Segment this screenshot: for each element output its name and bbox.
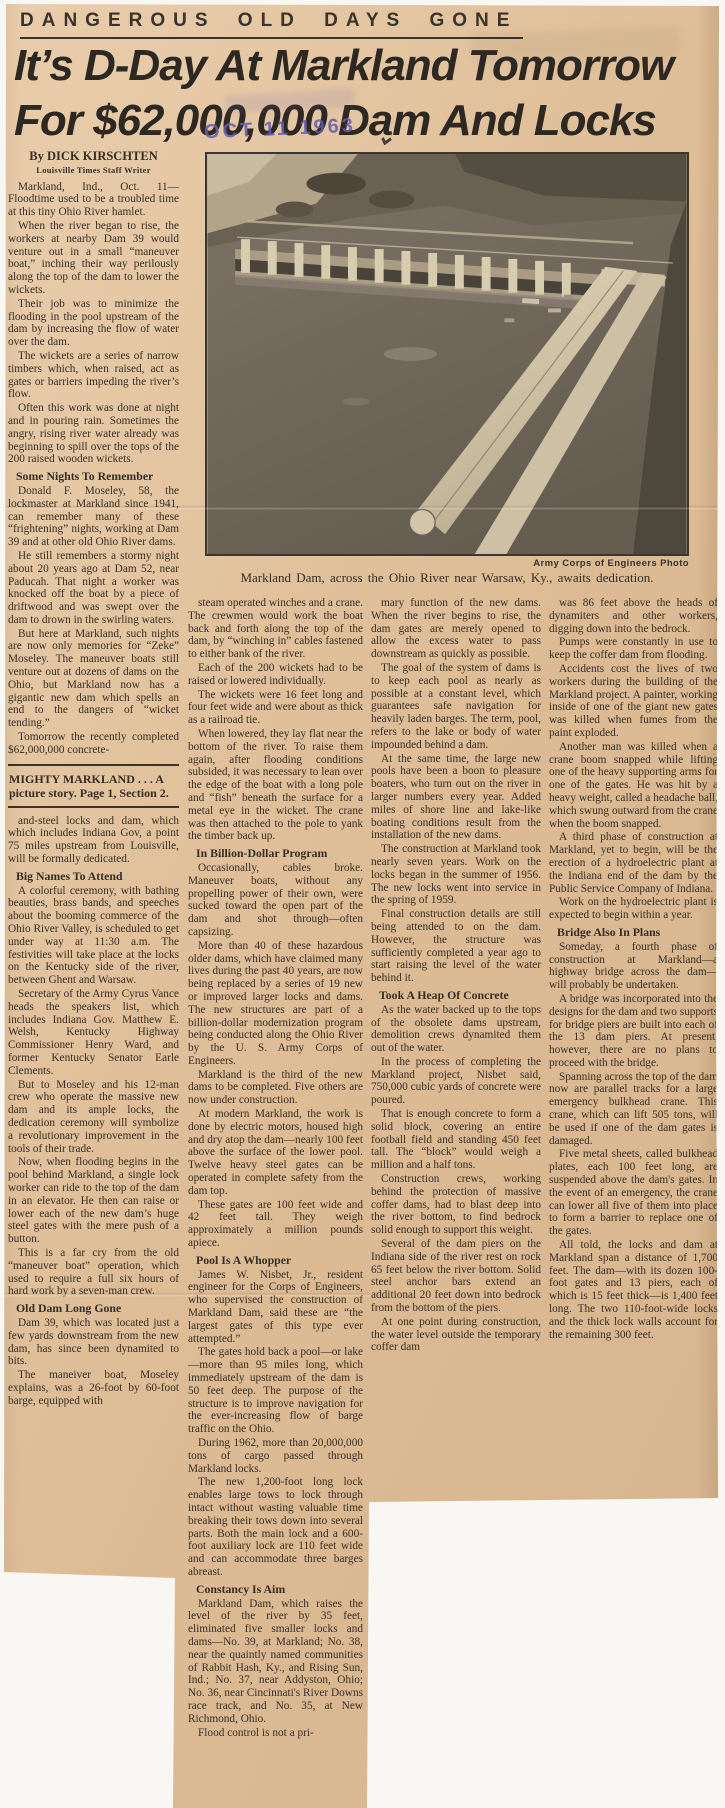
article-paragraph: Secretary of the Army Cyrus Vance heads … — [8, 988, 179, 1078]
picture-story-notice: MIGHTY MARKLAND . . . A picture story. P… — [8, 764, 179, 808]
article-paragraph: But to Moseley and his 12-man crew who o… — [8, 1079, 179, 1156]
byline-author: By DICK KIRSCHTEN — [8, 150, 179, 163]
article-paragraph: steam operated winches and a crane. The … — [188, 597, 363, 661]
article-paragraph: But here at Markland, such nights are no… — [8, 628, 179, 730]
section-subhead: Big Names To Attend — [16, 870, 179, 883]
headline-line-2: For $62,000,000 Dam And Locks — [14, 93, 720, 148]
section-subhead: Constancy Is Aim — [196, 1583, 363, 1596]
article-paragraph: At modern Markland, the work is done by … — [188, 1108, 363, 1198]
article-paragraph: As the water backed up to the tops of th… — [371, 1004, 541, 1055]
article-paragraph: Five metal sheets, called bulkhead plate… — [549, 1148, 718, 1238]
photo-credit: Army Corps of Engineers Photo — [205, 558, 689, 569]
article-paragraph: Final construction details are still bei… — [371, 908, 541, 985]
article-paragraph: Markland is the third of the new dams to… — [188, 1069, 363, 1107]
article-column-4: was 86 feet above the heads of dynamiter… — [549, 597, 718, 1497]
column-3-text: mary function of the new dams. When the … — [371, 597, 541, 1354]
article-paragraph: Pumps were constantly in use to keep the… — [549, 636, 718, 662]
article-paragraph: Accidents cost the lives of two workers … — [549, 663, 718, 740]
article-paragraph: Their job was to minimize the flooding i… — [8, 298, 179, 349]
column-4-text: was 86 feet above the heads of dynamiter… — [549, 597, 718, 1341]
article-paragraph: Construction crews, working behind the p… — [371, 1173, 541, 1237]
article-paragraph: That is enough concrete to form a solid … — [371, 1108, 541, 1172]
article-paragraph: More than 40 of these hazardous older da… — [188, 940, 363, 1068]
article-figure: Army Corps of Engineers Photo Markland D… — [205, 152, 689, 586]
article-photo — [205, 152, 689, 556]
section-subhead: Took A Heap Of Concrete — [379, 989, 541, 1002]
article-column-2: steam operated winches and a crane. The … — [188, 597, 363, 1805]
article-paragraph: He still remembers a stormy night about … — [8, 550, 179, 627]
article-paragraph: Work on the hydroelectric plant is expec… — [549, 896, 718, 922]
article-paragraph: The wickets are a series of narrow timbe… — [8, 350, 179, 401]
article-paragraph: Flood control is not a pri- — [188, 1727, 363, 1740]
article-paragraph: Markland, Ind., Oct. 11—Floodtime used t… — [8, 181, 179, 219]
article-paragraph: The new 1,200-foot long lock enables lar… — [188, 1476, 363, 1578]
article-paragraph: During 1962, more than 20,000,000 tons o… — [188, 1437, 363, 1475]
section-subhead: Some Nights To Remember — [16, 470, 179, 483]
article-column-1: By DICK KIRSCHTEN Louisville Times Staff… — [8, 150, 179, 1574]
section-subhead: In Billion-Dollar Program — [196, 847, 363, 860]
article-paragraph: When the river began to rise, the worker… — [8, 220, 179, 297]
headline: It’s D-Day At Markland Tomorrow For $62,… — [14, 38, 720, 148]
article-paragraph: mary function of the new dams. When the … — [371, 597, 541, 661]
article-paragraph: These gates are 100 feet wide and 42 fee… — [188, 1199, 363, 1250]
article-paragraph: In the process of completing the Marklan… — [371, 1056, 541, 1107]
article-paragraph: Now, when flooding begins in the pool be… — [8, 1156, 179, 1246]
article-paragraph: The goal of the system of dams is to kee… — [371, 662, 541, 752]
article-paragraph: The construction at Markland took nearly… — [371, 843, 541, 907]
article-paragraph: At the same time, the large new pools ha… — [371, 753, 541, 843]
article-paragraph: Spanning across the top of the dam now a… — [549, 1071, 718, 1148]
article-paragraph: The maneiver boat, Moseley explains, was… — [8, 1369, 179, 1407]
byline-title: Louisville Times Staff Writer — [8, 164, 179, 177]
section-subhead: Old Dam Long Gone — [16, 1302, 179, 1315]
article-paragraph: Each of the 200 wickets had to be raised… — [188, 662, 363, 688]
article-paragraph: Tomorrow the recently completed $62,000,… — [8, 731, 179, 757]
article-paragraph: Markland Dam, which raises the level of … — [188, 1598, 363, 1726]
article-paragraph: Often this work was done at night and in… — [8, 402, 179, 466]
article-paragraph: At one point during construction, the wa… — [371, 1316, 541, 1354]
column-1-text: Markland, Ind., Oct. 11—Floodtime used t… — [8, 181, 179, 1408]
scanned-newspaper-page: DANGEROUS OLD DAYS GONE It’s D-Day At Ma… — [0, 0, 725, 1808]
article-paragraph: Occasionally, cables broke. Maneuver boa… — [188, 862, 363, 939]
article-column-3: mary function of the new dams. When the … — [371, 597, 541, 1497]
photo-caption: Markland Dam, across the Ohio River near… — [205, 570, 689, 586]
article-paragraph: Another man was killed when a crane boom… — [549, 741, 718, 831]
newspaper-clipping: DANGEROUS OLD DAYS GONE It’s D-Day At Ma… — [0, 0, 725, 1808]
section-subhead: Bridge Also In Plans — [557, 926, 718, 939]
article-paragraph: The wickets were 16 feet long and four f… — [188, 689, 363, 727]
article-paragraph: All told, the locks and dam at Markland … — [549, 1239, 718, 1341]
article-paragraph: When lowered, they lay flat near the bot… — [188, 728, 363, 843]
article-paragraph: A bridge was incorporated into the desig… — [549, 993, 718, 1070]
section-subhead: Pool Is A Whopper — [196, 1254, 363, 1267]
article-paragraph: A colorful ceremony, with bathing beauti… — [8, 885, 179, 987]
article-paragraph: This is a far cry from the old “maneuver… — [8, 1247, 179, 1298]
article-paragraph: and-steel locks and dam, which which inc… — [8, 815, 179, 866]
article-paragraph: James W. Nisbet, Jr., resident engineer … — [188, 1269, 363, 1346]
article-paragraph: was 86 feet above the heads of dynamiter… — [549, 597, 718, 635]
headline-line-1: It’s D-Day At Markland Tomorrow — [14, 38, 720, 93]
article-paragraph: Donald F. Moseley, 58, the lockmaster at… — [8, 485, 179, 549]
article-paragraph: Someday, a fourth phase of construction … — [549, 941, 718, 992]
kicker: DANGEROUS OLD DAYS GONE — [20, 10, 523, 39]
article-paragraph: Dam 39, which was located just a few yar… — [8, 1317, 179, 1368]
article-paragraph: The gates hold back a pool—or lake—more … — [188, 1346, 363, 1436]
column-2-text: steam operated winches and a crane. The … — [188, 597, 363, 1739]
article-paragraph: Several of the dam piers on the Indiana … — [371, 1238, 541, 1315]
article-paragraph: A third phase of construction at Marklan… — [549, 831, 718, 895]
